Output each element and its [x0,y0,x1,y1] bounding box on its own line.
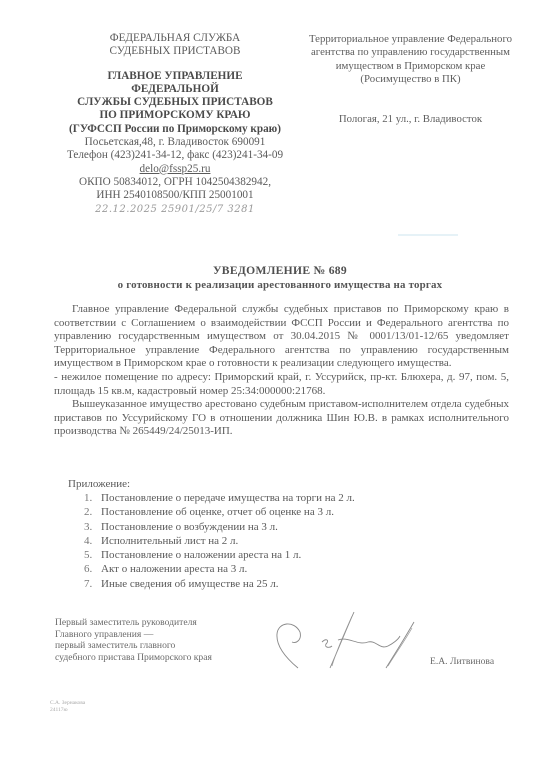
appendix-item: 1.Постановление о передаче имущества на … [84,491,355,505]
sender-address: Посьетская,48, г. Владивосток 690091 [50,136,300,149]
appendix-item-text: Иные сведения об имуществе на 25 л. [101,578,278,590]
appendix-item-number: 3. [84,520,101,534]
appendix-label: Приложение: [68,478,130,490]
notice-title-block: УВЕДОМЛЕНИЕ № 689 о готовности к реализа… [40,264,520,291]
sender-inn-kpp: ИНН 2540108500/КПП 25001001 [50,189,300,202]
recipient-line-4: (Росимущество в ПК) [283,73,538,86]
sender-department: ГЛАВНОЕ УПРАВЛЕНИЕ ФЕДЕРАЛЬНОЙ СЛУЖБЫ СУ… [50,70,300,123]
appendix-item: 2.Постановление об оценке, отчет об оцен… [84,505,355,519]
notice-subtitle: о готовности к реализации арестованного … [40,279,520,291]
signatory-name: Е.А. Литвинова [430,656,494,667]
appendix-item-number: 1. [84,491,101,505]
handwritten-registration-number: 22.12.2025 25901/25/7 3281 [50,203,300,216]
scan-artifact [398,234,458,236]
recipient-header: Территориальное управление Федерального … [283,33,538,86]
sender-abbreviation: (ГУФССП России по Приморскому краю) [50,123,300,136]
appendix-item-text: Исполнительный лист на 2 л. [101,535,238,547]
appendix-list: 1.Постановление о передаче имущества на … [84,491,355,591]
signatory-title-line-3: первый заместитель главного [55,640,212,652]
executor-info: С.А. Зернакова 24117ю [50,700,85,714]
appendix-item-text: Постановление об оценке, отчет об оценке… [101,506,334,518]
appendix-item: 6.Акт о наложении ареста на 3 л. [84,562,355,576]
recipient-line-3: имуществом в Приморском крае [283,60,538,73]
appendix-item: 7.Иные сведения об имуществе на 25 л. [84,577,355,591]
executor-phone: 24117ю [50,707,85,714]
appendix-item: 3.Постановление о возбуждении на 3 л. [84,520,355,534]
recipient-line-2: агентства по управлению государственным [283,46,538,59]
sender-service-line-1: ФЕДЕРАЛЬНАЯ СЛУЖБА [50,32,300,45]
sender-service-line-2: СУДЕБНЫХ ПРИСТАВОВ [50,45,300,58]
department-line-1: ГЛАВНОЕ УПРАВЛЕНИЕ [50,70,300,83]
sender-email-link[interactable]: delo@fssp25.ru [50,163,300,176]
appendix-item-number: 7. [84,577,101,591]
notice-title: УВЕДОМЛЕНИЕ № 689 [40,264,520,277]
recipient-address: Пологая, 21 ул., г. Владивосток [283,113,538,125]
appendix-item-number: 4. [84,534,101,548]
appendix-item-text: Постановление о передаче имущества на то… [101,492,355,504]
signatory-title-line-1: Первый заместитель руководителя [55,617,212,629]
appendix-item-number: 6. [84,562,101,576]
body-paragraph-1: Главное управление Федеральной службы су… [54,303,509,371]
appendix-item-number: 5. [84,548,101,562]
executor-name: С.А. Зернакова [50,700,85,707]
sender-header: ФЕДЕРАЛЬНАЯ СЛУЖБА СУДЕБНЫХ ПРИСТАВОВ ГЛ… [50,32,300,216]
appendix-item-text: Постановление о возбуждении на 3 л. [101,521,278,533]
signatory-title: Первый заместитель руководителя Главного… [55,617,212,664]
appendix-item: 5.Постановление о наложении ареста на 1 … [84,548,355,562]
signatory-title-line-4: судебного пристава Приморского края [55,652,212,664]
sender-phone: Телефон (423)241-34-12, факс (423)241-34… [50,149,300,162]
department-line-3: СЛУЖБЫ СУДЕБНЫХ ПРИСТАВОВ [50,96,300,109]
sender-okpo-ogrn: ОКПО 50834012, ОГРН 1042504382942, [50,176,300,189]
notice-body: Главное управление Федеральной службы су… [54,303,509,439]
body-property-description: - нежилое помещение по адресу: Приморски… [54,371,509,398]
recipient-line-1: Территориальное управление Федерального [283,33,538,46]
signatory-title-line-2: Главного управления — [55,629,212,641]
appendix-item: 4.Исполнительный лист на 2 л. [84,534,355,548]
appendix-item-number: 2. [84,505,101,519]
department-line-2: ФЕДЕРАЛЬНОЙ [50,83,300,96]
appendix-item-text: Постановление о наложении ареста на 1 л. [101,549,301,561]
handwritten-signature-icon [272,610,422,672]
appendix-item-text: Акт о наложении ареста на 3 л. [101,563,247,575]
department-line-4: ПО ПРИМОРСКОМУ КРАЮ [50,109,300,122]
body-paragraph-2: Вышеуказанное имущество арестовано судеб… [54,398,509,439]
